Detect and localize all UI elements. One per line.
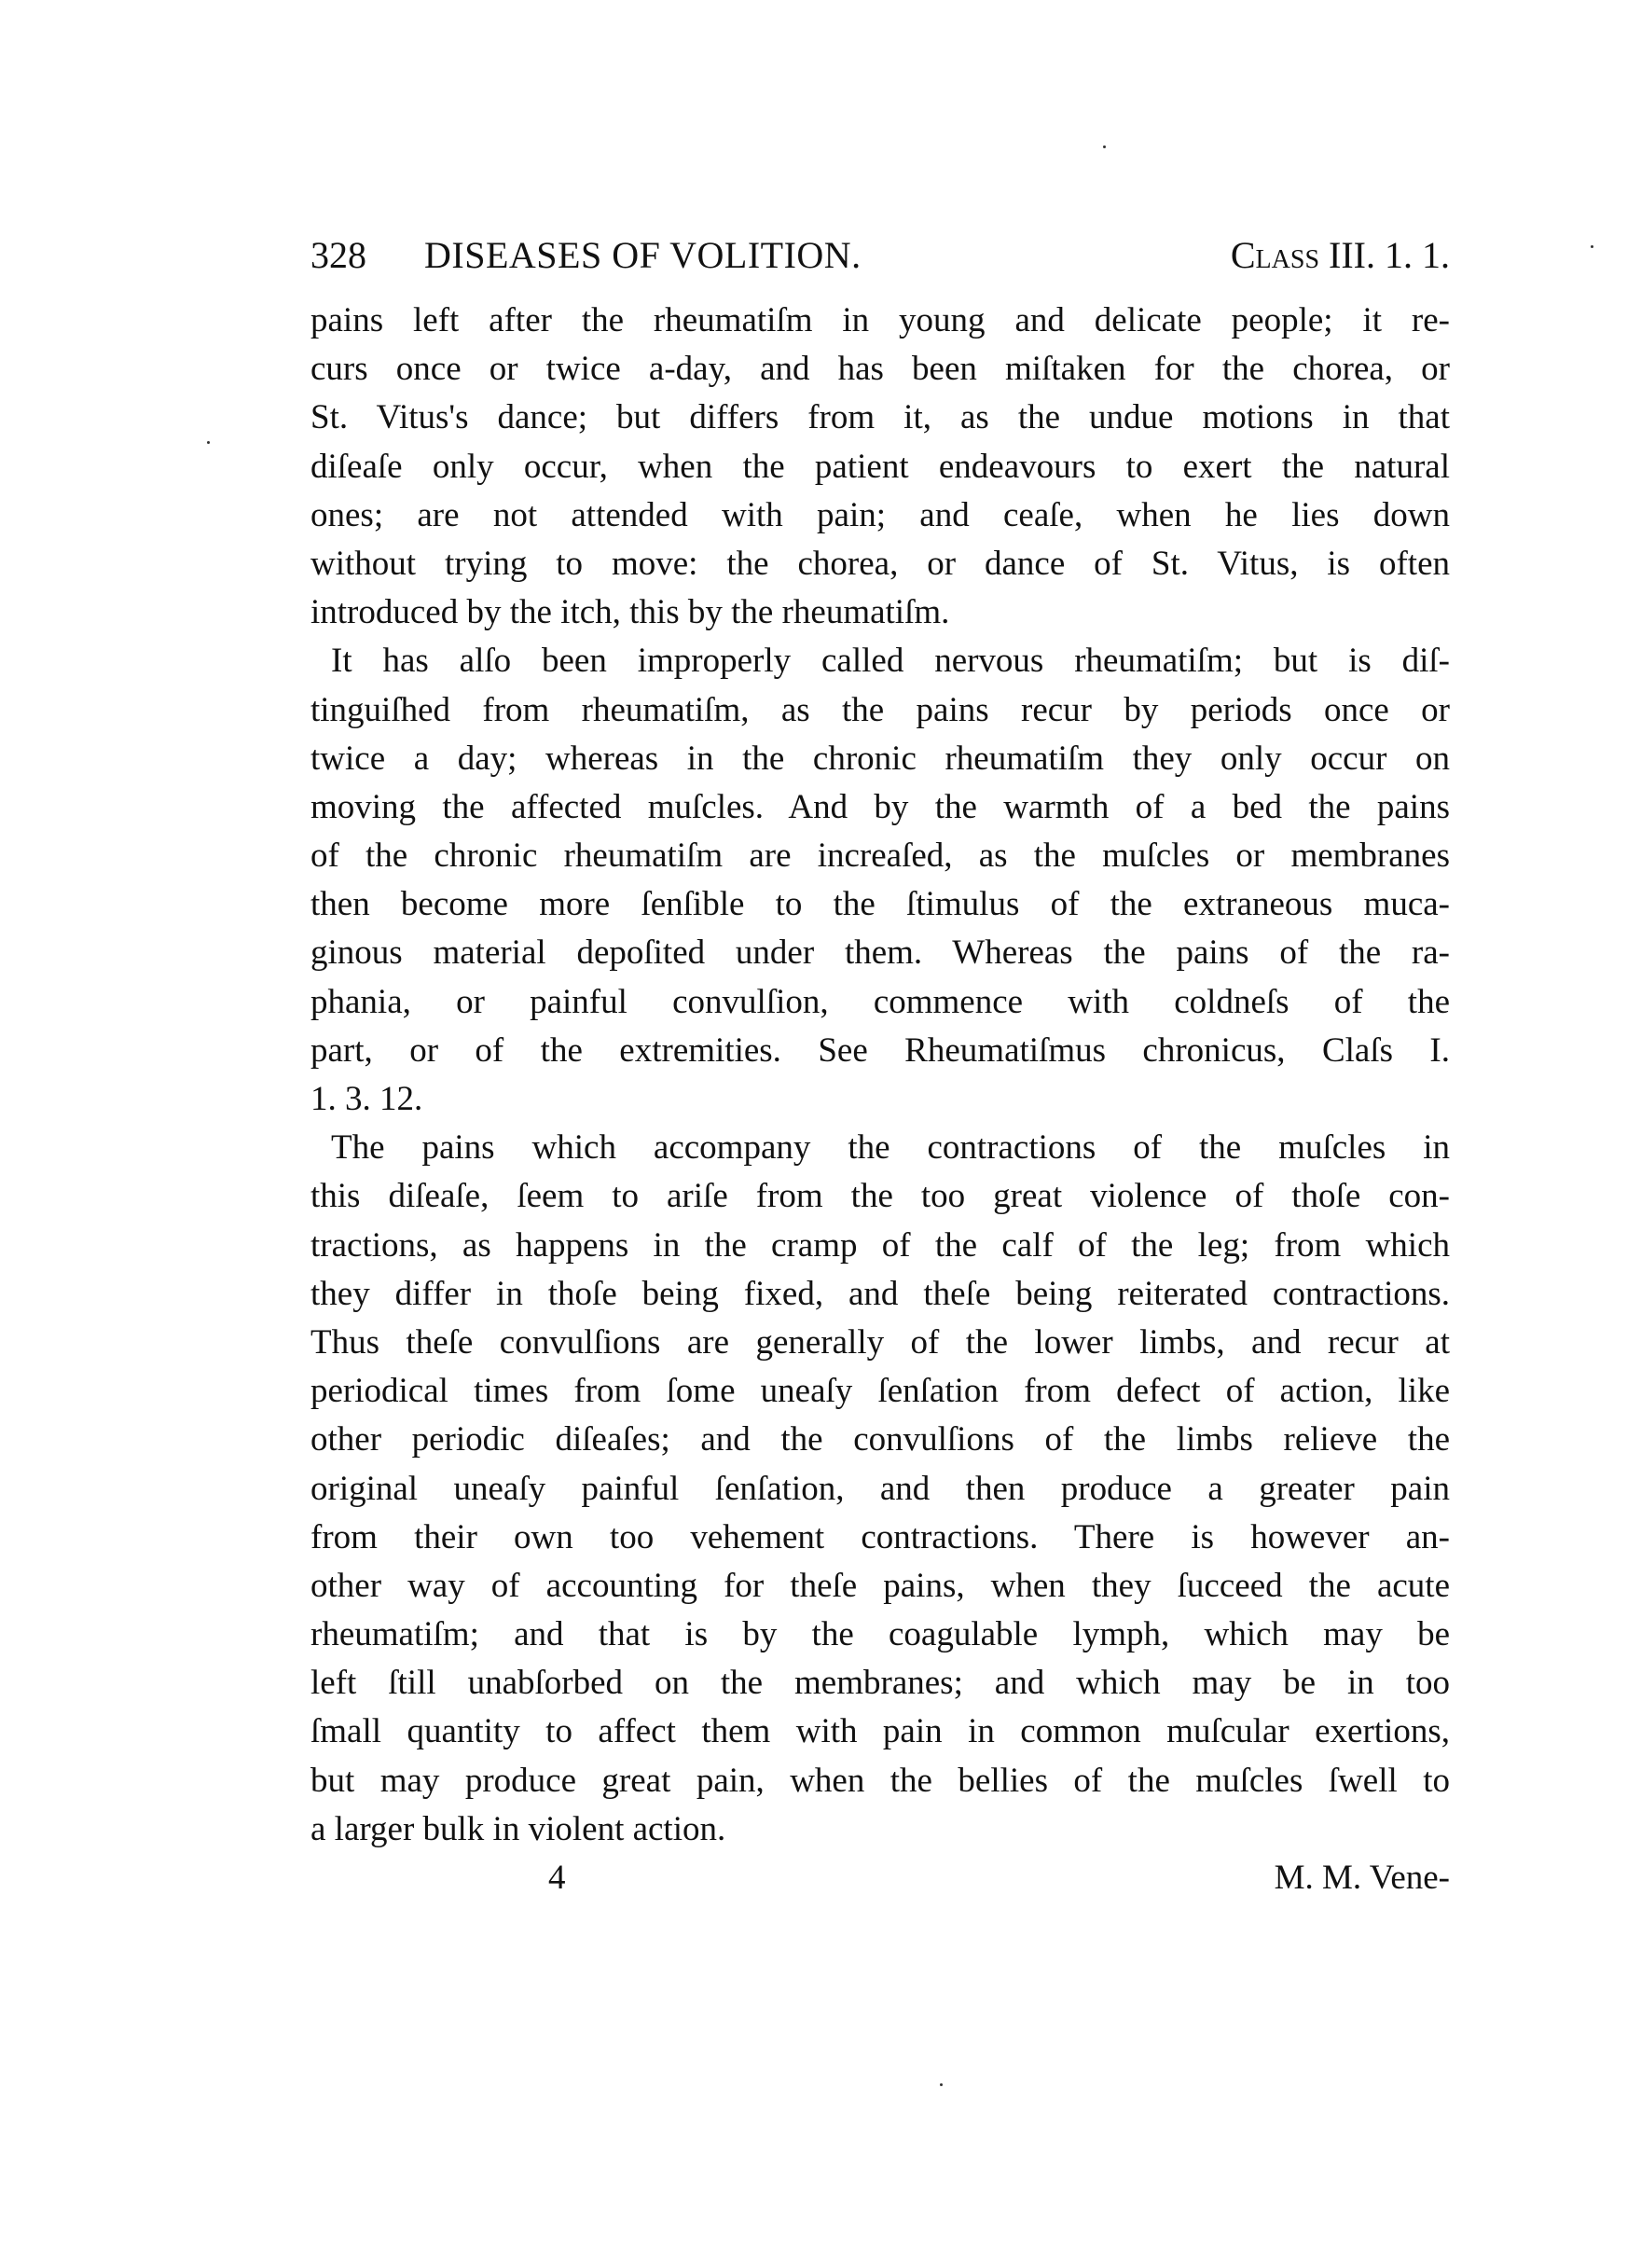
scan-speck [940, 2083, 943, 2086]
book-page: 328 DISEASES OF VOLITION. Class III. 1. … [310, 229, 1450, 1902]
scan-speck [1591, 245, 1593, 248]
text-line: this diſeaſe, ſeem to ariſe from the too… [310, 1172, 1450, 1221]
scan-speck [1103, 145, 1106, 148]
text-line: It has alſo been improperly called nervo… [310, 637, 1450, 685]
text-line: without trying to move: the chorea, or d… [310, 540, 1450, 588]
text-line: The pains which accompany the contractio… [310, 1124, 1450, 1172]
text-line: other way of accounting for theſe pains,… [310, 1562, 1450, 1611]
body-text: pains left after the rheumatiſm in young… [310, 297, 1450, 1854]
running-title: DISEASES OF VOLITION. [424, 229, 862, 282]
section-prefix: Class [1231, 234, 1319, 276]
text-line: periodical times from ſome uneaſy ſenſat… [310, 1367, 1450, 1416]
text-line: of the chronic rheumatiſm are increaſed,… [310, 832, 1450, 880]
catchword: M. M. Vene- [1275, 1854, 1450, 1902]
paragraph-2: It has alſo been improperly called nervo… [310, 637, 1450, 1124]
text-line: tractions, as happens in the cramp of th… [310, 1222, 1450, 1270]
text-line: ones; are not attended with pain; and ce… [310, 491, 1450, 540]
text-line: 1. 3. 12. [310, 1075, 1450, 1124]
text-line: then become more ſenſible to the ſtimulu… [310, 880, 1450, 929]
text-line: curs once or twice a-day, and has been m… [310, 345, 1450, 394]
text-line: twice a day; whereas in the chronic rheu… [310, 735, 1450, 783]
running-head: 328 DISEASES OF VOLITION. Class III. 1. … [310, 229, 1450, 282]
text-line: a larger bulk in violent action. [310, 1805, 1450, 1854]
text-line: other periodic diſeaſes; and the convulſ… [310, 1416, 1450, 1464]
text-line: they differ in thoſe being fixed, and th… [310, 1270, 1450, 1319]
text-line: moving the affected muſcles. And by the … [310, 783, 1450, 832]
text-line: part, or of the extremities. See Rheumat… [310, 1027, 1450, 1075]
section-reference: Class III. 1. 1. [1231, 229, 1450, 282]
text-line: pains left after the rheumatiſm in young… [310, 297, 1450, 345]
page-number: 328 [310, 229, 366, 282]
text-line: ſmall quantity to affect them with pain … [310, 1708, 1450, 1756]
section-number: III. 1. 1. [1329, 234, 1450, 276]
text-line: tinguiſhed from rheumatiſm, as the pains… [310, 686, 1450, 735]
text-line: original uneaſy painful ſenſation, and t… [310, 1465, 1450, 1514]
scan-speck [207, 441, 210, 444]
signature-mark: 4 [548, 1854, 566, 1902]
text-line: from their own too vehement contractions… [310, 1514, 1450, 1562]
text-line: left ſtill unabſorbed on the membranes; … [310, 1659, 1450, 1708]
paragraph-1: pains left after the rheumatiſm in young… [310, 297, 1450, 637]
text-line: phania, or painful convulſion, commence … [310, 978, 1450, 1027]
text-line: Thus theſe convulſions are generally of … [310, 1319, 1450, 1367]
text-line: diſeaſe only occur, when the patient end… [310, 443, 1450, 491]
text-line: rheumatiſm; and that is by the coagulabl… [310, 1611, 1450, 1659]
paragraph-3: The pains which accompany the contractio… [310, 1124, 1450, 1854]
page-footer: 4 M. M. Vene- [310, 1854, 1450, 1902]
text-line: but may produce great pain, when the bel… [310, 1757, 1450, 1805]
text-line: introduced by the itch, this by the rheu… [310, 588, 1450, 637]
text-line: St. Vitus's dance; but differs from it, … [310, 394, 1450, 442]
text-line: ginous material depoſited under them. Wh… [310, 929, 1450, 977]
